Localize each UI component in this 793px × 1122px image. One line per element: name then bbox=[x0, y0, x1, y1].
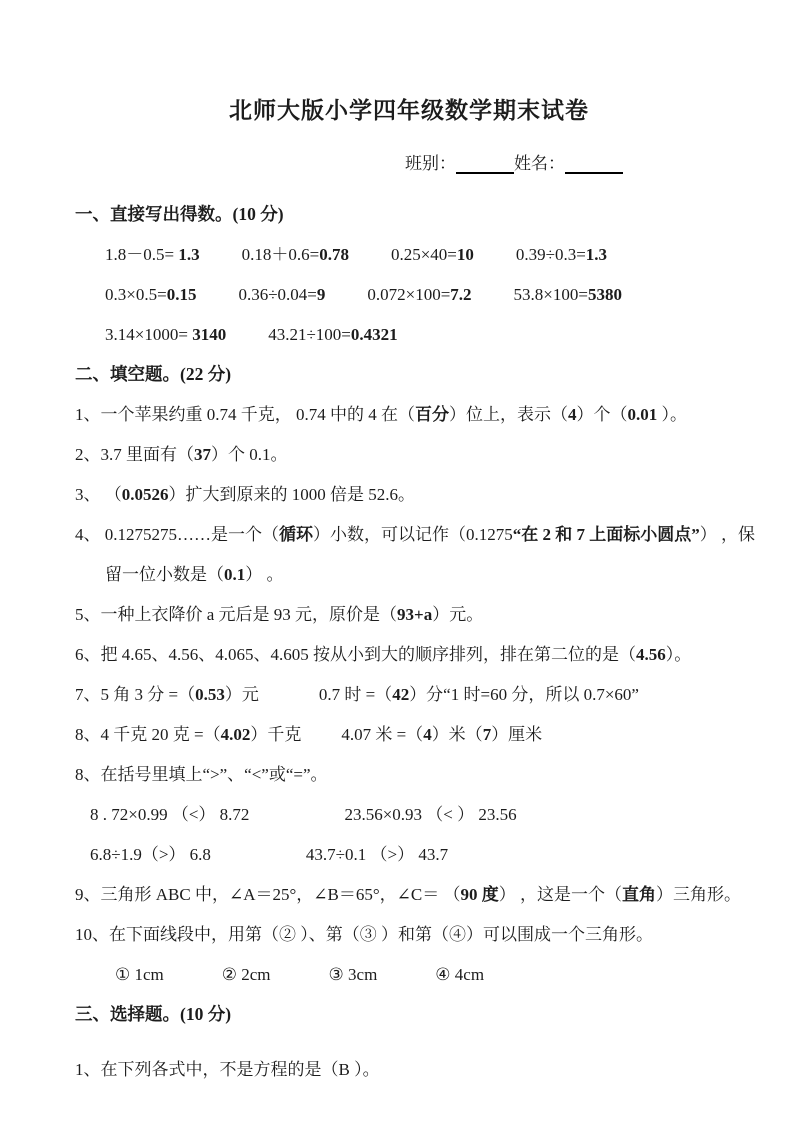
arith-problem: 53.8×100=5380 bbox=[514, 282, 622, 307]
answer: 循环 bbox=[279, 525, 313, 544]
answer: 7.2 bbox=[450, 285, 471, 304]
arith-problem: 0.25×40=10 bbox=[391, 242, 474, 267]
compare-row-1: 8 . 72×0.99 （<） 8.7223.56×0.93 （< ） 23.5… bbox=[75, 802, 743, 827]
compare-item: 43.7÷0.1 （>） 43.7 bbox=[306, 842, 448, 867]
fill-question-8b: 8、在括号里填上“>”、“<”或“=”。 bbox=[75, 762, 743, 787]
fill-question-3: 3、 （0.0526）扩大到原来的 1000 倍是 52.6。 bbox=[75, 482, 743, 507]
fill-question-7: 7、5 角 3 分 =（0.53）元0.7 时 =（42）分“1 时=60 分，… bbox=[75, 682, 743, 707]
fill-question-10: 10、在下面线段中，用第（② ）、第（③ ）和第（④）可以围成一个三角形。 bbox=[75, 922, 743, 947]
segment-option: ④ 4cm bbox=[435, 962, 484, 987]
section2-heading: 二、填空题。(22 分) bbox=[75, 362, 743, 387]
answer: 5380 bbox=[588, 285, 622, 304]
fill-question-1: 1、一个苹果约重 0.74 千克， 0.74 中的 4 在（百分）位上，表示（4… bbox=[75, 402, 743, 427]
answer: 4.56 bbox=[636, 645, 666, 664]
arith-problem: 3.14×1000= 3140 bbox=[105, 322, 226, 347]
segment-option: ③ 3cm bbox=[329, 962, 378, 987]
answer: 37 bbox=[194, 445, 211, 464]
fill-question-6: 6、把 4.65、4.56、4.065、4.605 按从小到大的顺序排列，排在第… bbox=[75, 642, 743, 667]
answer: 93+a bbox=[397, 605, 432, 624]
fill-question-4-line1: 4、 0.1275275……是一个（循环）小数，可以记作（0.1275“在 2 … bbox=[75, 522, 743, 547]
answer: 3140 bbox=[192, 325, 226, 344]
answer: “在 2 和 7 上面标小圆点” bbox=[513, 525, 700, 544]
answer: 0.4321 bbox=[351, 325, 398, 344]
fill-question-9: 9、三角形 ABC 中，∠A＝25°，∠B＝65°，∠C＝ （90 度） ，这是… bbox=[75, 882, 743, 907]
page-title: 北师大版小学四年级数学期末试卷 bbox=[75, 92, 743, 125]
answer: 0.1 bbox=[224, 565, 245, 584]
arith-row-1: 1.8－0.5= 1.3 0.18＋0.6=0.78 0.25×40=10 0.… bbox=[75, 242, 743, 267]
segment-option: ② 2cm bbox=[222, 962, 271, 987]
student-info-line: 班别：姓名： bbox=[405, 149, 743, 174]
fill-question-8a: 8、4 千克 20 克 =（4.02）千克4.07 米 =（4）米（7）厘米 bbox=[75, 722, 743, 747]
answer: 42 bbox=[392, 685, 409, 704]
section3-heading: 三、选择题。(10 分) bbox=[75, 1002, 743, 1027]
class-label: 班别： bbox=[405, 154, 456, 173]
name-blank-field bbox=[565, 154, 623, 174]
arith-problem: 0.36÷0.04=9 bbox=[238, 282, 325, 307]
answer: 9 bbox=[317, 285, 326, 304]
answer: 1.3 bbox=[178, 245, 199, 264]
arith-problem: 1.8－0.5= 1.3 bbox=[105, 242, 200, 267]
arith-row-3: 3.14×1000= 3140 43.21÷100=0.4321 bbox=[75, 322, 743, 347]
arith-row-2: 0.3×0.5=0.15 0.36÷0.04=9 0.072×100=7.2 5… bbox=[75, 282, 743, 307]
arith-problem: 0.39÷0.3=1.3 bbox=[516, 242, 607, 267]
answer: 0.78 bbox=[319, 245, 349, 264]
answer: 0.01 bbox=[628, 405, 658, 424]
answer: 90 度 bbox=[461, 885, 499, 904]
compare-item: 23.56×0.93 （< ） 23.56 bbox=[344, 802, 516, 827]
answer: 10 bbox=[457, 245, 474, 264]
compare-item: 6.8÷1.9（>） 6.8 bbox=[90, 845, 211, 864]
answer: 7 bbox=[483, 725, 492, 744]
answer: 0.0526 bbox=[122, 485, 169, 504]
arith-problem: 43.21÷100=0.4321 bbox=[268, 322, 397, 347]
name-label: 姓名： bbox=[514, 154, 565, 173]
arith-problem: 0.18＋0.6=0.78 bbox=[242, 242, 349, 267]
fill-question-4-line2: 留一位小数是（0.1） 。 bbox=[75, 562, 743, 587]
segment-options-row: ① 1cm ② 2cm ③ 3cm ④ 4cm bbox=[75, 962, 743, 987]
class-blank-field bbox=[456, 154, 514, 174]
answer: 4.02 bbox=[221, 725, 251, 744]
answer: 4 bbox=[568, 405, 577, 424]
answer: 0.53 bbox=[195, 685, 225, 704]
section1-heading: 一、直接写出得数。(10 分) bbox=[75, 202, 743, 227]
segment-option: ① 1cm bbox=[115, 962, 164, 987]
fill-question-5: 5、一种上衣降价 a 元后是 93 元，原价是（93+a）元。 bbox=[75, 602, 743, 627]
fill-question-2: 2、3.7 里面有（37）个 0.1。 bbox=[75, 442, 743, 467]
answer: 4 bbox=[423, 725, 432, 744]
answer: 直角 bbox=[622, 885, 656, 904]
arith-problem: 0.072×100=7.2 bbox=[367, 282, 471, 307]
answer: 百分 bbox=[415, 405, 449, 424]
compare-item: 8 . 72×0.99 （<） 8.72 bbox=[90, 805, 249, 824]
compare-row-2: 6.8÷1.9（>） 6.843.7÷0.1 （>） 43.7 bbox=[75, 842, 743, 867]
answer: 1.3 bbox=[586, 245, 607, 264]
arith-problem: 0.3×0.5=0.15 bbox=[105, 282, 196, 307]
answer: 0.15 bbox=[167, 285, 197, 304]
exam-page: 北师大版小学四年级数学期末试卷 班别：姓名： 一、直接写出得数。(10 分) 1… bbox=[0, 0, 793, 1122]
choice-question-1: 1、在下列各式中，不是方程的是（B ）。 bbox=[75, 1057, 743, 1082]
